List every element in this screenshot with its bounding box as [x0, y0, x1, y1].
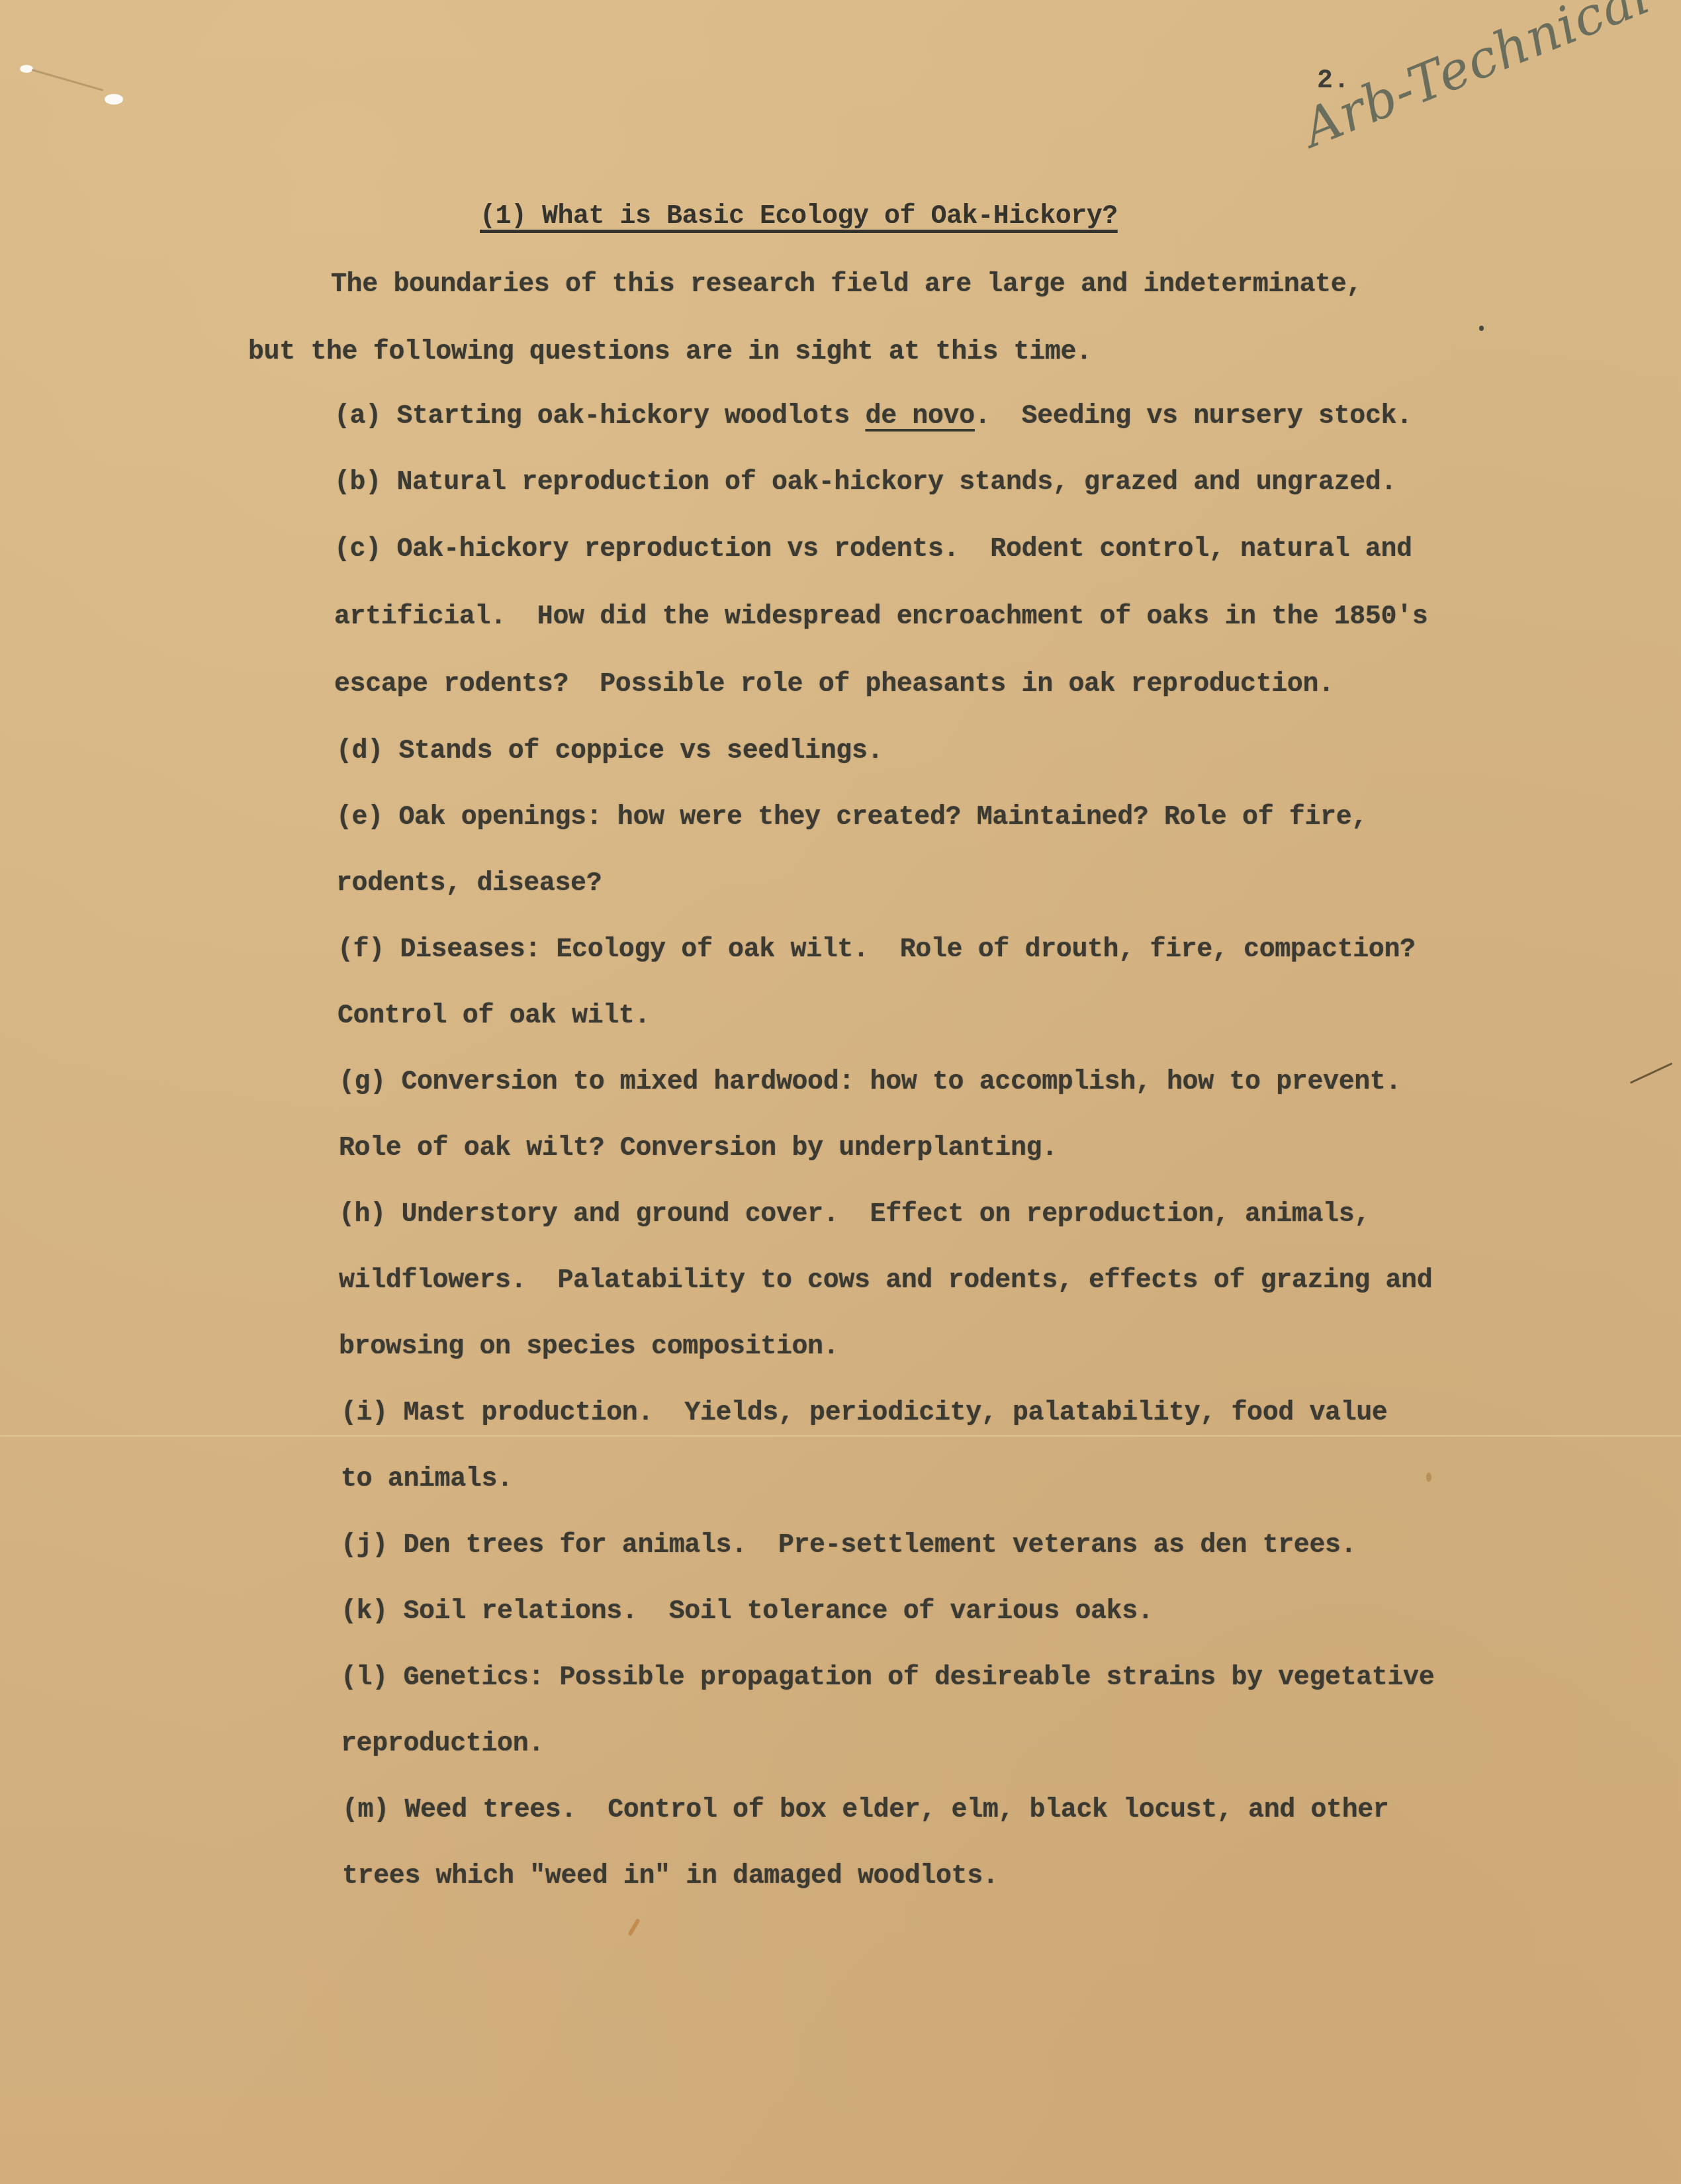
item-b-line-1: (b) Natural reproduction of oak-hickory … [334, 468, 1396, 498]
item-i-line-1: (i) Mast production. Yields, periodicity… [341, 1398, 1387, 1428]
item-c-line-2: artificial. How did the widespread encro… [334, 602, 1428, 632]
item-i-line-2: to animals. [341, 1465, 513, 1494]
intro-line-1: The boundaries of this research field ar… [331, 270, 1362, 300]
ink-speck [1426, 1473, 1431, 1482]
item-f-line-1: (f) Diseases: Ecology of oak wilt. Role … [338, 935, 1416, 965]
item-l-line-1: (l) Genetics: Possible propagation of de… [341, 1663, 1434, 1693]
item-m-line-2: trees which "weed in" in damaged woodlot… [342, 1862, 998, 1891]
item-c-line-3: escape rodents? Possible role of pheasan… [334, 670, 1334, 700]
item-g-line-1: (g) Conversion to mixed hardwood: how to… [339, 1068, 1401, 1097]
paper-fold-line [0, 1435, 1681, 1437]
item-h-line-3: browsing on species composition. [339, 1332, 839, 1362]
item-h-line-1: (h) Understory and ground cover. Effect … [339, 1200, 1370, 1230]
item-a-underlined-phrase: de novo [866, 402, 975, 432]
item-j-line-1: (j) Den trees for animals. Pre-settlemen… [341, 1531, 1356, 1561]
item-m-line-1: (m) Weed trees. Control of box elder, el… [342, 1796, 1388, 1825]
item-g-line-2: Role of oak wilt? Conversion by underpla… [339, 1134, 1058, 1163]
paper-tear-mark [105, 94, 123, 105]
item-d-line-1: (d) Stands of coppice vs seedlings. [336, 737, 883, 766]
item-e-line-2: rodents, disease? [336, 869, 602, 899]
item-h-line-2: wildflowers. Palatability to cows and ro… [339, 1266, 1432, 1296]
ink-speck [1479, 326, 1484, 331]
paper-tear-mark [20, 65, 33, 73]
item-f-line-2: Control of oak wilt. [338, 1001, 650, 1031]
item-c-line-1: (c) Oak-hickory reproduction vs rodents.… [334, 535, 1412, 565]
item-a: (a) Starting oak-hickory woodlots de nov… [334, 402, 1412, 432]
item-l-line-2: reproduction. [341, 1729, 544, 1759]
section-heading: (1) What is Basic Ecology of Oak-Hickory… [480, 202, 1118, 232]
item-a-text-end: . Seeding vs nursery stock. [975, 402, 1412, 432]
intro-line-2: but the following questions are in sight… [248, 338, 1092, 367]
item-e-line-1: (e) Oak openings: how were they created?… [336, 803, 1367, 833]
item-k-line-1: (k) Soil relations. Soil tolerance of va… [341, 1597, 1153, 1627]
item-a-text: (a) Starting oak-hickory woodlots [334, 402, 866, 432]
